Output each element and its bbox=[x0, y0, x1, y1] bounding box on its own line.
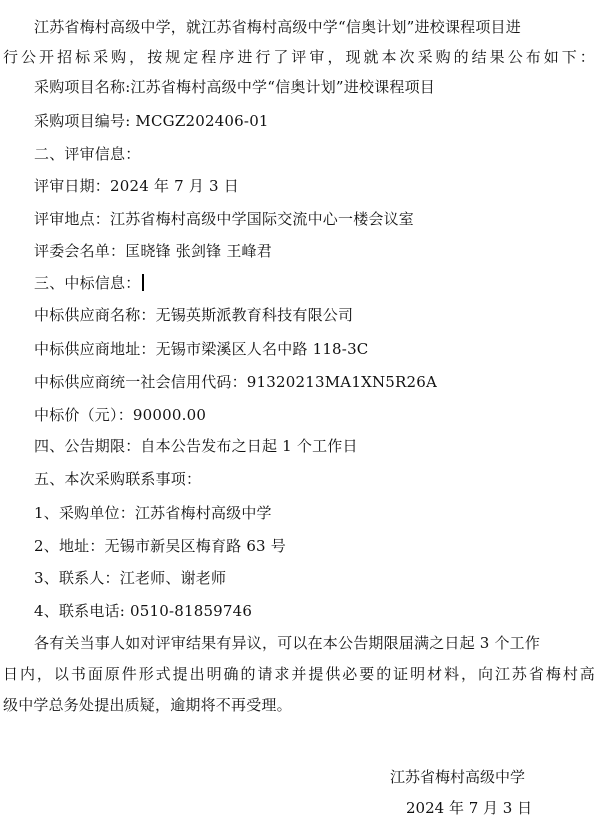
text-cursor bbox=[142, 274, 144, 291]
contact-item: 1、采购单位：江苏省梅村高级中学 bbox=[34, 502, 272, 524]
review-committee: 评委会名单：匡晓锋 张剑锋 王峰君 bbox=[34, 240, 272, 262]
objection-line-1: 各有关当事人如对评审结果有异议，可以在本公告期限届满之日起 3 个工作 bbox=[34, 632, 540, 654]
award-price: 中标价（元）：90000.00 bbox=[34, 404, 206, 426]
objection-line-2: 日内，以书面原件形式提出明确的请求并提供必要的证明材料，向江苏省梅村高 bbox=[3, 663, 595, 685]
supplier-address: 中标供应商地址：无锡市梁溪区人名中路 118-3C bbox=[34, 338, 369, 360]
intro-line-1: 江苏省梅村高级中学，就江苏省梅村高级中学“信奥计划”进校课程项目进 bbox=[34, 16, 521, 38]
supplier-credit-code: 中标供应商统一社会信用代码：91320213MA1XN5R26A bbox=[34, 371, 437, 393]
award-heading-row: 三、中标信息： bbox=[34, 272, 144, 294]
notice-period: 四、公告期限：自本公告发布之日起 1 个工作日 bbox=[34, 435, 358, 457]
contact-item: 4、联系电话: 0510-81859746 bbox=[34, 600, 252, 622]
signature-date: 2024 年 7 月 3 日 bbox=[406, 797, 532, 819]
objection-line-3: 级中学总务处提出质疑，逾期将不再受理。 bbox=[3, 694, 292, 716]
contact-item: 2、地址：无锡市新吴区梅育路 63 号 bbox=[34, 535, 286, 557]
supplier-name: 中标供应商名称：无锡英斯派教育科技有限公司 bbox=[34, 304, 353, 326]
intro-line-2: 行公开招标采购，按规定程序进行了评审，现就本次采购的结果公布如下： bbox=[3, 46, 595, 68]
review-date: 评审日期：2024 年 7 月 3 日 bbox=[34, 175, 239, 197]
award-heading: 三、中标信息： bbox=[34, 274, 140, 292]
contact-heading: 五、本次采购联系事项： bbox=[34, 468, 201, 490]
project-name: 采购项目名称:江苏省梅村高级中学“信奥计划”进校课程项目 bbox=[34, 76, 435, 98]
review-location: 评审地点：江苏省梅村高级中学国际交流中心一楼会议室 bbox=[34, 208, 414, 230]
signature-org: 江苏省梅村高级中学 bbox=[390, 766, 525, 788]
contact-item: 3、联系人：江老师、谢老师 bbox=[34, 567, 226, 589]
review-heading: 二、评审信息： bbox=[34, 143, 140, 165]
project-number: 采购项目编号: MCGZ202406-01 bbox=[34, 110, 269, 132]
